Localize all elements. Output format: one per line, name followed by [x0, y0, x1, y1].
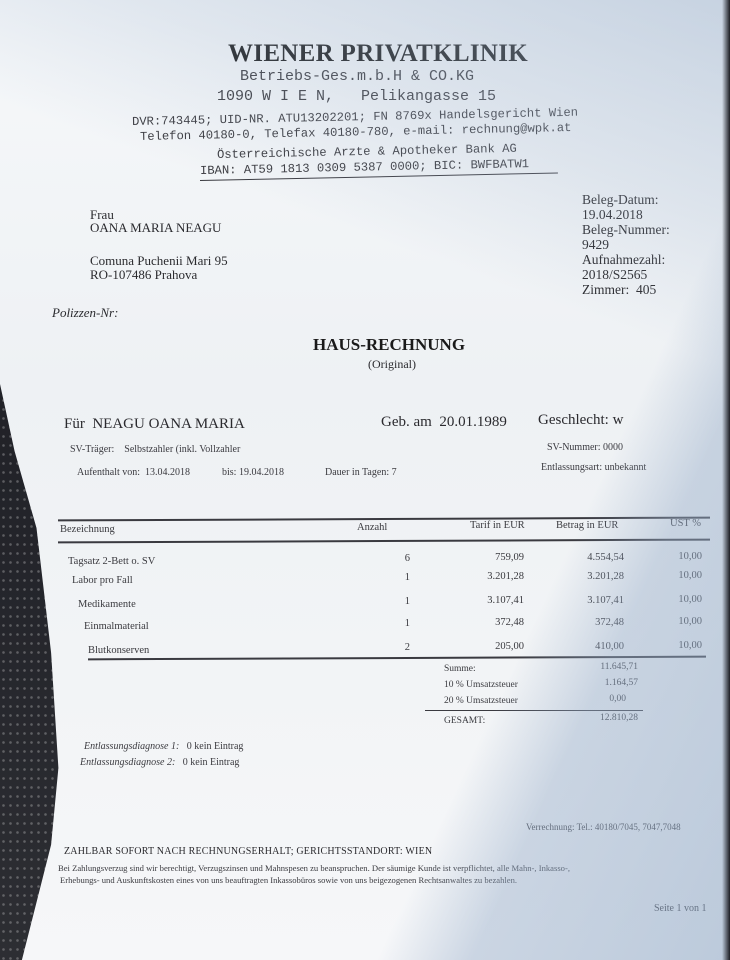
diagnosis-1: Entlassungsdiagnose 1: 0 kein Eintrag	[84, 741, 243, 752]
gender: w	[613, 412, 624, 428]
admission-number: 2018/S2565	[582, 267, 670, 282]
doc-number-label: Beleg-Nummer:	[582, 222, 670, 237]
legal-notice-line-1: Bei Zahlungsverzug sind wir berechtigt, …	[58, 862, 570, 874]
admission-label: Aufnahmezahl:	[582, 252, 670, 267]
stay-to-line: bis: 19.04.2018	[222, 467, 284, 478]
stay-to: 19.04.2018	[239, 467, 284, 478]
insurer: Selbstzahler (inkl. Vollzahler	[124, 444, 240, 455]
stay-from: 13.04.2018	[145, 467, 190, 478]
patient-name: NEAGU OANA MARIA	[92, 416, 245, 432]
duration-label: Dauer in Tagen:	[325, 467, 389, 478]
diagnosis-1-value: 0 kein Eintrag	[187, 741, 244, 752]
item-rate: 3.107,41	[440, 595, 524, 606]
doc-meta: Beleg-Datum: 19.04.2018 Beleg-Nummer: 94…	[582, 192, 670, 297]
col-header-amount: Betrag in EUR	[556, 520, 618, 531]
room-number: 405	[636, 282, 656, 297]
item-amount: 410,00	[540, 641, 624, 652]
item-amount: 3.201,28	[540, 571, 624, 582]
company-legal-form: Betriebs-Ges.m.b.H & CO.KG	[240, 68, 474, 85]
total-value: 12.810,28	[560, 713, 638, 723]
paper-edge-shadow	[722, 0, 730, 960]
col-header-desc: Bezeichnung	[60, 524, 115, 535]
doc-date: 19.04.2018	[582, 207, 670, 222]
dob: 20.01.1989	[439, 414, 507, 430]
stay-line: Aufenthalt von: 13.04.2018	[77, 467, 190, 478]
sum-label: Summe:	[444, 664, 476, 674]
insurer-line: SV-Träger: Selbstzahler (inkl. Vollzahle…	[70, 444, 240, 455]
discharge-type: unbekannt	[605, 462, 647, 473]
item-vat: 10,00	[640, 640, 702, 651]
legal-notice-line-2: Erhebungs- und Auskunftskosten eines von…	[60, 874, 517, 886]
room-line: Zimmer: 405	[582, 282, 670, 297]
gender-line: Geschlecht: w	[538, 412, 623, 429]
insurer-label: SV-Träger:	[70, 444, 114, 455]
item-vat: 10,00	[640, 570, 702, 581]
diagnosis-2-label: Entlassungsdiagnose 2:	[80, 757, 175, 768]
item-quantity: 2	[360, 642, 410, 653]
item-quantity: 1	[360, 572, 410, 583]
room-label: Zimmer:	[582, 282, 629, 297]
item-rate: 205,00	[440, 641, 524, 652]
col-header-qty: Anzahl	[357, 522, 387, 533]
diagnosis-1-label: Entlassungsdiagnose 1:	[84, 741, 179, 752]
recipient-city: RO-107486 Prahova	[90, 267, 197, 283]
col-header-rate: Tarif in EUR	[470, 520, 525, 531]
company-address: 1090 W I E N, Pelikangasse 15	[217, 88, 496, 105]
item-description: Blutkonserven	[88, 645, 149, 656]
discharge-type-line: Entlassungsart: unbekannt	[541, 462, 646, 473]
item-amount: 3.107,41	[540, 595, 624, 606]
diagnosis-2: Entlassungsdiagnose 2: 0 kein Eintrag	[80, 757, 239, 768]
item-quantity: 1	[360, 618, 410, 629]
gender-label: Geschlecht:	[538, 412, 609, 428]
totals-rule	[425, 710, 643, 711]
sv-number-line: SV-Nummer: 0000	[547, 442, 623, 453]
stay-to-label: bis:	[222, 467, 236, 478]
item-description: Tagsatz 2-Bett o. SV	[68, 556, 155, 567]
item-amount: 4.554,54	[540, 552, 624, 563]
item-vat: 10,00	[640, 616, 702, 627]
item-description: Einmalmaterial	[84, 621, 149, 632]
duration-line: Dauer in Tagen: 7	[325, 467, 397, 478]
item-rate: 3.201,28	[440, 571, 524, 582]
item-amount: 372,48	[540, 617, 624, 628]
billing-contact: Verrechnung: Tel.: 40180/7045, 7047,7048	[526, 822, 681, 832]
item-quantity: 1	[360, 596, 410, 607]
sv-number-label: SV-Nummer:	[547, 442, 601, 453]
recipient-name: OANA MARIA NEAGU	[90, 220, 221, 236]
item-rate: 759,09	[440, 552, 524, 563]
col-header-vat: UST %	[670, 518, 701, 529]
policy-number-label: Polizzen-Nr:	[52, 305, 118, 321]
item-vat: 10,00	[640, 551, 702, 562]
patient-line: Für NEAGU OANA MARIA	[64, 416, 245, 433]
dob-label: Geb. am	[381, 414, 432, 430]
for-label: Für	[64, 416, 85, 432]
item-vat: 10,00	[640, 594, 702, 605]
doc-number: 9429	[582, 237, 670, 252]
invoice-subtitle: (Original)	[368, 357, 416, 372]
item-rate: 372,48	[440, 617, 524, 628]
discharge-type-label: Entlassungsart:	[541, 462, 602, 473]
invoice-title: HAUS-RECHNUNG	[313, 335, 465, 355]
vat10-value: 1.164,57	[560, 678, 638, 688]
stay-from-label: Aufenthalt von:	[77, 467, 140, 478]
dob-line: Geb. am 20.01.1989	[381, 414, 507, 431]
doc-date-label: Beleg-Datum:	[582, 192, 670, 207]
vat20-value: 0,00	[560, 694, 626, 704]
item-quantity: 6	[360, 553, 410, 564]
item-description: Labor pro Fall	[72, 575, 133, 586]
sum-value: 11.645,71	[560, 662, 638, 672]
page-number: Seite 1 von 1	[654, 903, 707, 914]
payment-terms: ZAHLBAR SOFORT NACH RECHNUNGSERHALT; GER…	[64, 846, 432, 857]
vat20-label: 20 % Umsatzsteuer	[444, 696, 518, 706]
company-name: WIENER PRIVATKLINIK	[228, 40, 528, 68]
vat10-label: 10 % Umsatzsteuer	[444, 680, 518, 690]
item-description: Medikamente	[78, 599, 136, 610]
sv-number: 0000	[603, 442, 623, 453]
duration: 7	[392, 467, 397, 478]
diagnosis-2-value: 0 kein Eintrag	[183, 757, 240, 768]
total-label: GESAMT:	[444, 716, 485, 726]
